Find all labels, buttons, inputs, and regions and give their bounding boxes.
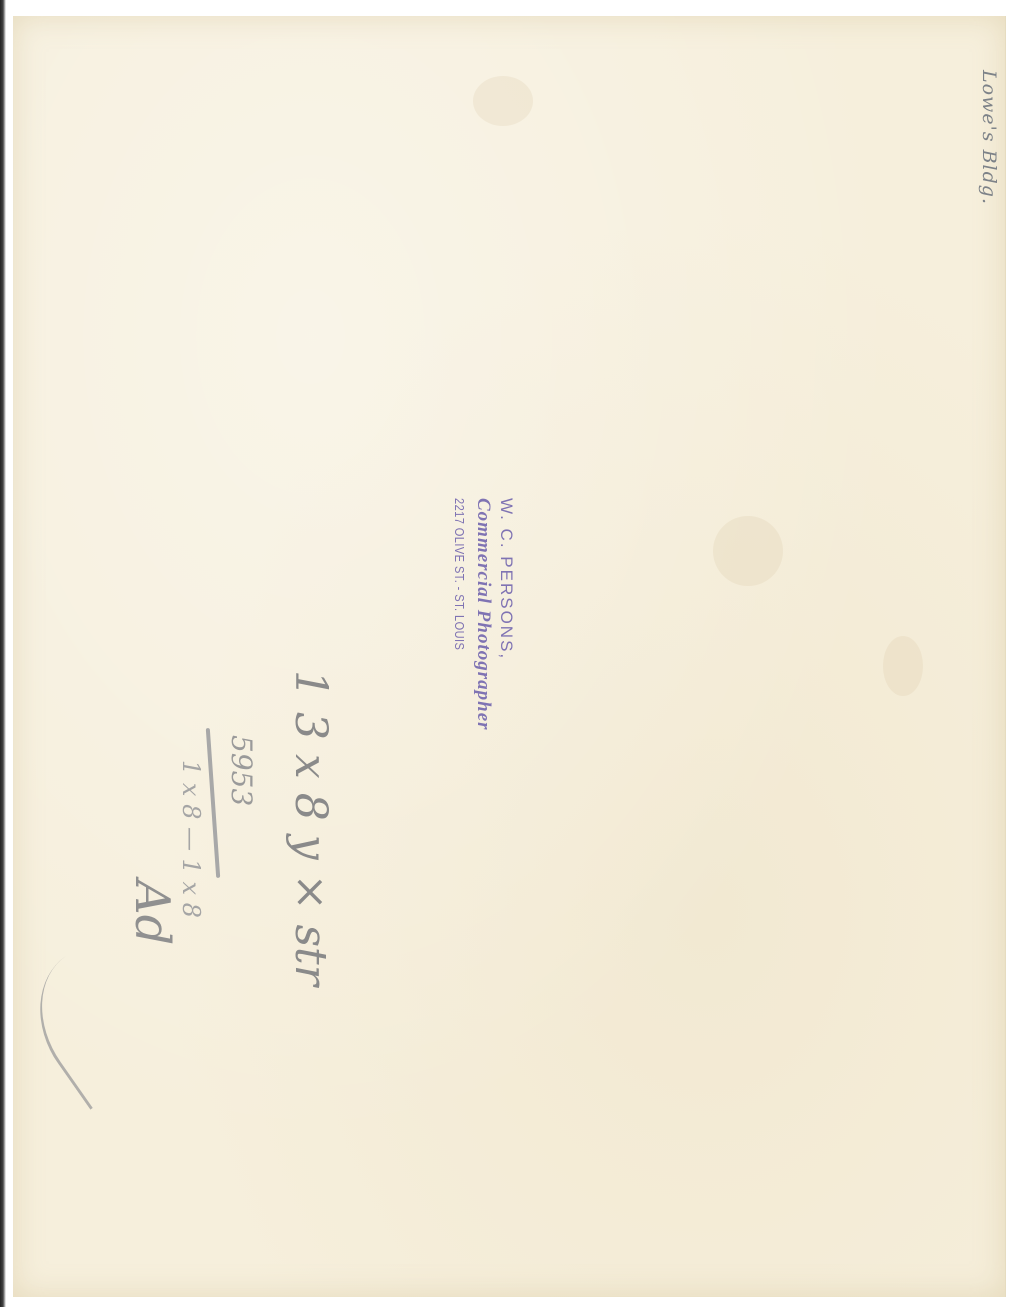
pencil-size-note: 1 x 8 — 1 x 8 bbox=[177, 760, 205, 918]
pencil-dimensions-note: 1 3 x 8 y × str bbox=[285, 670, 336, 986]
stamp-role: Commercial Photographer bbox=[471, 498, 494, 731]
stain bbox=[473, 76, 533, 126]
stain bbox=[883, 636, 923, 696]
scanner-edge bbox=[0, 0, 6, 1307]
stamp-address: 2217 OLIVE ST. - ST. LOUIS bbox=[451, 498, 467, 696]
stamp-photographer-name: W. C. PERSONS, bbox=[496, 498, 516, 731]
handwritten-building-note: Lowe's Bldg. bbox=[978, 70, 1000, 205]
pencil-signature: Ad bbox=[124, 880, 180, 945]
pencil-number-note: 5953 bbox=[225, 735, 258, 806]
stain bbox=[713, 516, 783, 586]
photographer-stamp: W. C. PERSONS, Commercial Photographer 2… bbox=[451, 498, 516, 731]
